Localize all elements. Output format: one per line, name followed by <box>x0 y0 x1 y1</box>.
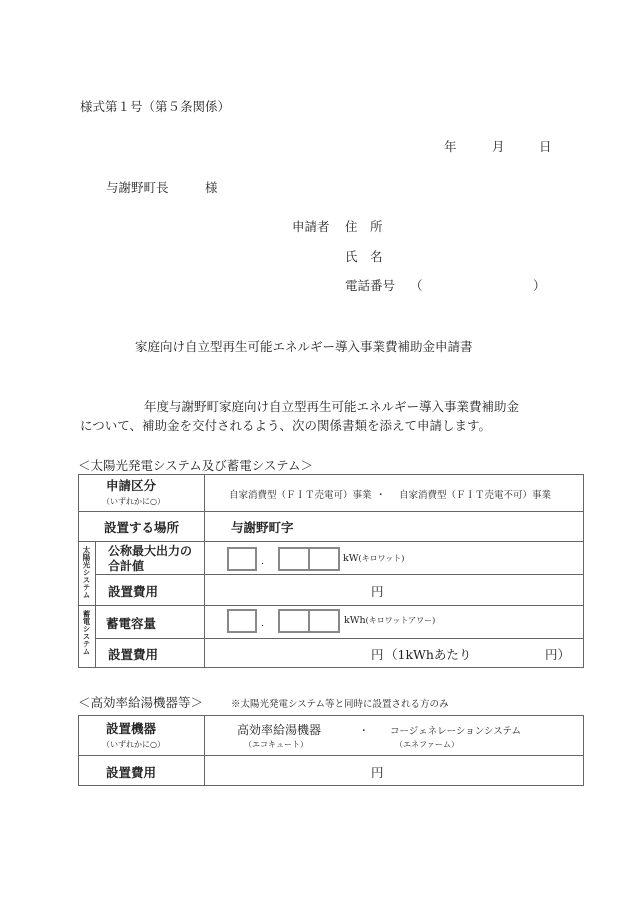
storage-capacity-integer-input[interactable] <box>227 609 257 633</box>
row-divider <box>95 638 584 639</box>
form-number: 様式第１号（第５条関係） <box>80 97 230 115</box>
document-title: 家庭向け自立型再生可能エネルギー導入事業費補助金申請書 <box>135 337 473 355</box>
date-month-label: 月 <box>492 137 505 155</box>
address-label: 住 所 <box>345 217 383 235</box>
equipment-note: （いずれかに○） <box>102 739 165 750</box>
equipment-option-cogeneration[interactable]: コージェネレーションシステム <box>390 723 521 737</box>
category-separator: ・ <box>376 487 386 501</box>
category-option-fit-not-allowed[interactable]: 自家消費型（ＦＩＴ売電不可）事業 <box>399 487 551 501</box>
location-label: 設置する場所 <box>104 518 179 536</box>
row-divider <box>95 574 584 575</box>
storage-capacity-decimal-input-2[interactable] <box>308 609 340 633</box>
water-heater-cost-label: 設置費用 <box>106 763 156 781</box>
solar-output-integer-input[interactable] <box>227 547 257 571</box>
unit-kwh-note: (キロワットアワー) <box>366 616 436 625</box>
storage-system-group-label: 蓄電システム <box>81 610 92 666</box>
phone-close-paren: ） <box>533 276 546 294</box>
name-label: 氏 名 <box>345 247 383 265</box>
location-value[interactable]: 与謝野町字 <box>231 518 294 536</box>
applicant-label: 申請者 <box>292 217 330 235</box>
storage-capacity-decimal-input-1[interactable] <box>278 609 310 633</box>
unit-kw-note: (キロワット) <box>359 554 405 563</box>
column-divider <box>204 474 205 668</box>
section-water-heater-note: ※太陽光発電システム等と同時に設置される方のみ <box>231 696 449 710</box>
row-divider <box>78 511 584 512</box>
equipment-label: 設置機器 <box>106 719 156 737</box>
solar-output-decimal-input-1[interactable] <box>278 547 310 571</box>
storage-cost-per-kwh: （1kWhあたり <box>385 645 471 663</box>
storage-capacity-decimal-point: . <box>261 618 264 629</box>
equipment-option-1-sub: （エコキュート） <box>244 739 308 750</box>
body-line-2: について、補助金を交付されるよう、次の関係書類を添えて申請します。 <box>80 416 491 434</box>
solar-output-label-line2: 合計値 <box>108 557 144 574</box>
storage-capacity-label: 蓄電容量 <box>106 614 156 632</box>
section-water-heater-heading: ＜高効率給湯機器等＞ <box>78 693 203 711</box>
unit-kw: kW <box>343 553 359 564</box>
addressee: 与謝野町長 <box>106 178 169 196</box>
phone-label: 電話番号 <box>345 276 395 294</box>
date-day-label: 日 <box>539 137 552 155</box>
row-divider <box>78 755 584 756</box>
solar-cost-label: 設置費用 <box>108 582 158 600</box>
water-heater-cost-unit: 円 <box>371 763 384 781</box>
category-label: 申請区分 <box>106 476 156 494</box>
solar-output-unit: kW(キロワット) <box>343 553 404 564</box>
equipment-option-high-efficiency-heater[interactable]: 高効率給湯機器 <box>237 721 321 738</box>
solar-output-decimal-point: . <box>261 556 264 567</box>
storage-cost-unit: 円 <box>371 645 384 663</box>
category-note: （いずれかに○） <box>102 496 165 507</box>
addressee-suffix: 様 <box>205 178 218 196</box>
section-solar-heading: ＜太陽光発電システム及び蓄電システム＞ <box>78 456 313 474</box>
storage-cost-per-kwh-unit: 円） <box>545 645 570 663</box>
storage-capacity-unit: kWh(キロワットアワー) <box>344 615 435 626</box>
equipment-separator: ・ <box>359 723 369 737</box>
solar-system-group-label: 太陽光システム <box>81 546 92 606</box>
row-divider <box>78 605 584 606</box>
body-line-1: 年度与謝野町家庭向け自立型再生可能エネルギー導入事業費補助金 <box>144 397 519 415</box>
group-column-divider <box>95 541 96 668</box>
column-divider <box>204 715 205 786</box>
date-year-label: 年 <box>444 137 457 155</box>
solar-cost-unit: 円 <box>371 582 384 600</box>
phone-open-paren: （ <box>410 276 423 294</box>
storage-cost-label: 設置費用 <box>108 645 158 663</box>
unit-kwh: kWh <box>344 615 366 626</box>
solar-output-decimal-input-2[interactable] <box>308 547 340 571</box>
category-option-fit-allowed[interactable]: 自家消費型（ＦＩＴ売電可）事業 <box>229 487 372 501</box>
equipment-option-2-sub: （エネファーム） <box>395 739 459 750</box>
